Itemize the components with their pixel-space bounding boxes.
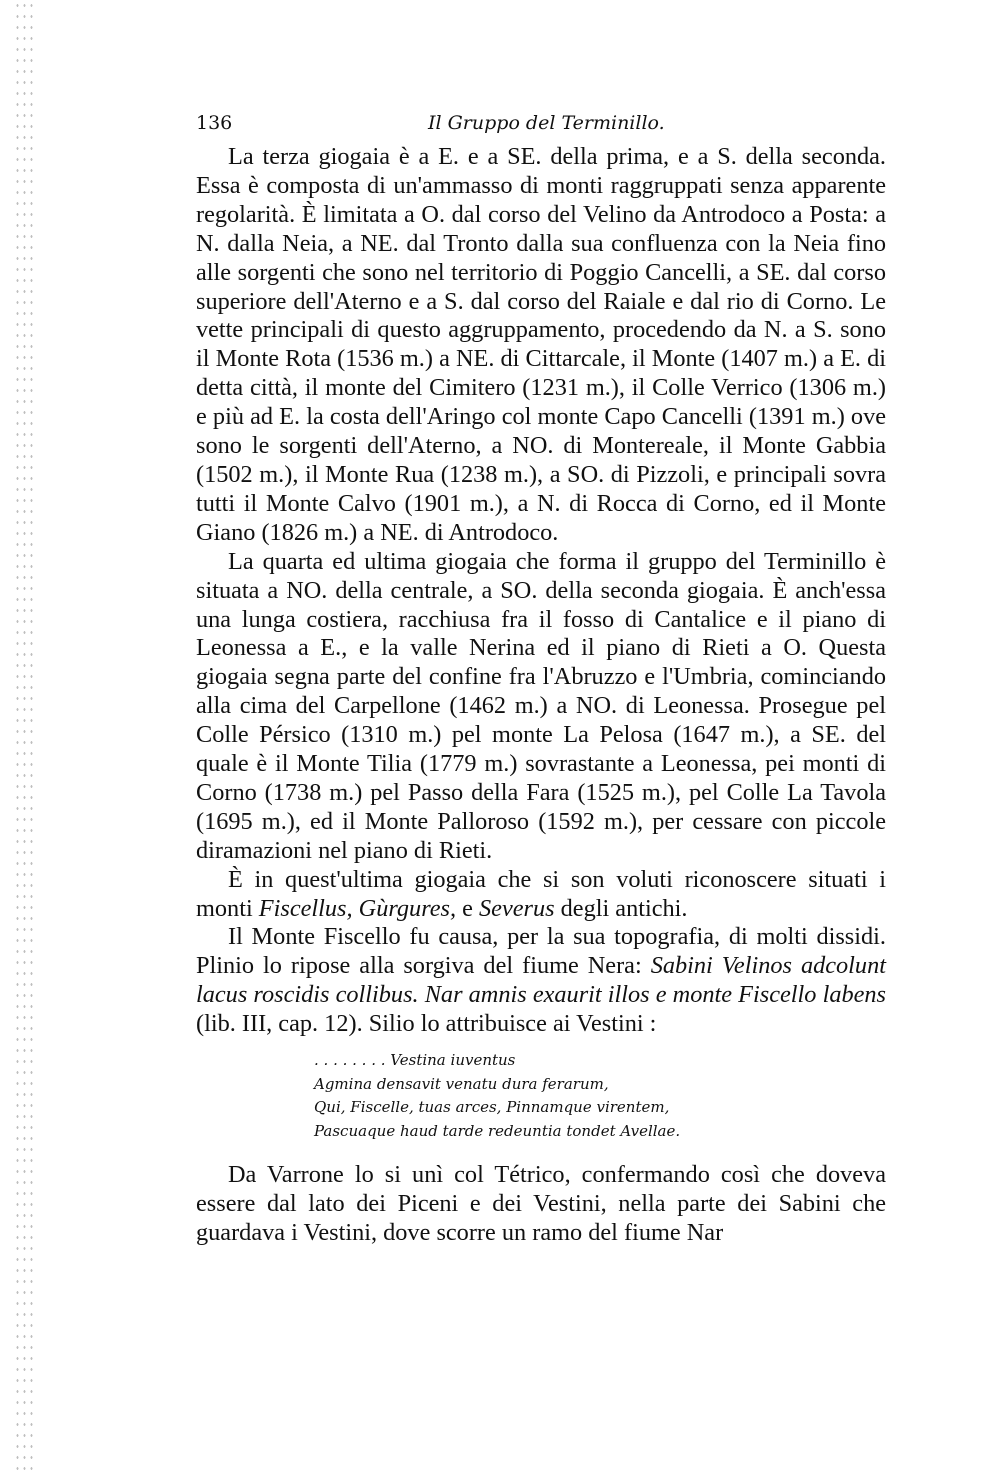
text-run: degli antichi. bbox=[555, 895, 688, 922]
paragraph-monti-antichi: È in quest'ultima giogaia che si son vol… bbox=[196, 866, 886, 924]
running-title: Il Gruppo del Terminillo. bbox=[428, 112, 665, 134]
paragraph-varrone: Da Varrone lo si unì col Tétrico, confer… bbox=[196, 1161, 886, 1248]
verse-line: Qui, Fiscelle, tuas arces, Pinnamque vir… bbox=[314, 1096, 886, 1120]
verse-line: Agmina densavit venatu dura ferarum, bbox=[314, 1073, 886, 1097]
text-run: (lib. III, cap. 12). Silio lo attribuisc… bbox=[196, 1010, 656, 1037]
paragraph-quarta-giogaia: La quarta ed ultima giogaia che forma il… bbox=[196, 548, 886, 866]
paragraph-terza-giogaia: La terza giogaia è a E. e a SE. della pr… bbox=[196, 143, 886, 548]
italic-name: Severus bbox=[479, 895, 555, 922]
verse-line: . . . . . . . . Vestina iuventus bbox=[314, 1049, 886, 1073]
paragraph-monte-fiscello: Il Monte Fiscello fu causa, per la sua t… bbox=[196, 923, 886, 1039]
page-body: La terza giogaia è a E. e a SE. della pr… bbox=[196, 143, 886, 1248]
page-number: 136 bbox=[196, 112, 232, 134]
verse-quotation: . . . . . . . . Vestina iuventus Agmina … bbox=[314, 1049, 886, 1143]
italic-names: Fiscellus, Gùrgures, bbox=[259, 895, 456, 922]
page-header: 136 Il Gruppo del Terminillo. bbox=[196, 112, 886, 142]
text-run: e bbox=[456, 895, 479, 922]
verse-line: Pascuaque haud tarde redeuntia tondet Av… bbox=[314, 1120, 886, 1144]
scan-edge-noise bbox=[14, 0, 34, 1475]
